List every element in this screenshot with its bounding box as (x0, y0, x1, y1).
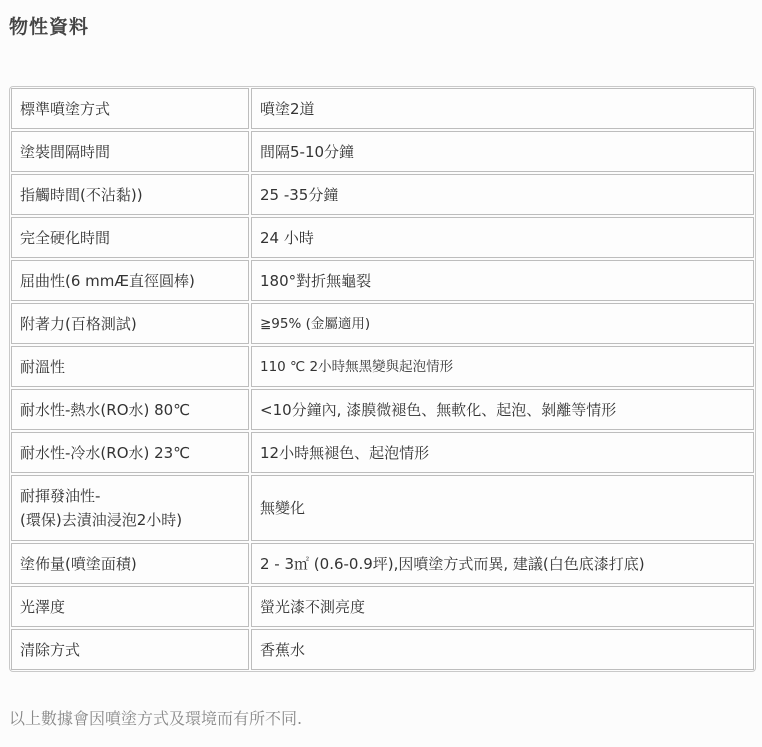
page: 物性資料 標準噴塗方式 噴塗2道 塗裝間隔時間 間隔5-10分鐘 指觸時間(不沾… (0, 0, 762, 747)
row-label: 標準噴塗方式 (11, 88, 249, 129)
row-label-line-1: 耐揮發油性- (20, 484, 240, 508)
row-value: 24 小時 (251, 217, 754, 258)
properties-table: 標準噴塗方式 噴塗2道 塗裝間隔時間 間隔5-10分鐘 指觸時間(不沾黏)) 2… (9, 86, 756, 672)
row-label: 耐水性-熱水(RO水) 80℃ (11, 389, 249, 430)
page-title: 物性資料 (9, 12, 89, 39)
table-row: 標準噴塗方式 噴塗2道 (11, 88, 754, 129)
row-label: 屈曲性(6 mmÆ直徑圓棒) (11, 260, 249, 301)
row-value: 噴塗2道 (251, 88, 754, 129)
table-row: 完全硬化時間 24 小時 (11, 217, 754, 258)
table-row: 耐溫性 110 ℃ 2小時無黑變與起泡情形 (11, 346, 754, 387)
row-value: 180°對折無龜裂 (251, 260, 754, 301)
row-label: 附著力(百格測試) (11, 303, 249, 344)
row-label: 塗佈量(噴塗面積) (11, 543, 249, 584)
row-value: ≧95% (金屬適用) (251, 303, 754, 344)
table-row: 屈曲性(6 mmÆ直徑圓棒) 180°對折無龜裂 (11, 260, 754, 301)
row-label: 光澤度 (11, 586, 249, 627)
row-label: 清除方式 (11, 629, 249, 670)
row-label: 完全硬化時間 (11, 217, 249, 258)
table-row: 清除方式 香蕉水 (11, 629, 754, 670)
row-value: 間隔5-10分鐘 (251, 131, 754, 172)
table-row: 耐水性-冷水(RO水) 23℃ 12小時無褪色、起泡情形 (11, 432, 754, 473)
row-value: 110 ℃ 2小時無黑變與起泡情形 (251, 346, 754, 387)
row-value: 螢光漆不測亮度 (251, 586, 754, 627)
row-label: 耐溫性 (11, 346, 249, 387)
table-row: 指觸時間(不沾黏)) 25 -35分鐘 (11, 174, 754, 215)
row-label: 指觸時間(不沾黏)) (11, 174, 249, 215)
table-row: 耐揮發油性- (環保)去漬油浸泡2小時) 無變化 (11, 475, 754, 541)
row-label: 耐揮發油性- (環保)去漬油浸泡2小時) (11, 475, 249, 541)
properties-table-container: 標準噴塗方式 噴塗2道 塗裝間隔時間 間隔5-10分鐘 指觸時間(不沾黏)) 2… (9, 86, 756, 672)
row-value: <10分鐘內, 漆膜微褪色、無軟化、起泡、剝離等情形 (251, 389, 754, 430)
row-value: 12小時無褪色、起泡情形 (251, 432, 754, 473)
row-label-line-2: (環保)去漬油浸泡2小時) (20, 508, 240, 532)
table-row: 塗佈量(噴塗面積) 2 - 3㎡ (0.6-0.9坪),因噴塗方式而異, 建議(… (11, 543, 754, 584)
row-label: 耐水性-冷水(RO水) 23℃ (11, 432, 249, 473)
row-value: 25 -35分鐘 (251, 174, 754, 215)
row-value: 香蕉水 (251, 629, 754, 670)
row-value: 2 - 3㎡ (0.6-0.9坪),因噴塗方式而異, 建議(白色底漆打底) (251, 543, 754, 584)
row-label: 塗裝間隔時間 (11, 131, 249, 172)
table-row: 光澤度 螢光漆不測亮度 (11, 586, 754, 627)
table-row: 耐水性-熱水(RO水) 80℃ <10分鐘內, 漆膜微褪色、無軟化、起泡、剝離等… (11, 389, 754, 430)
footnote: 以上數據會因噴塗方式及環境而有所不同. (9, 706, 302, 729)
table-row: 附著力(百格測試) ≧95% (金屬適用) (11, 303, 754, 344)
row-value: 無變化 (251, 475, 754, 541)
table-row: 塗裝間隔時間 間隔5-10分鐘 (11, 131, 754, 172)
